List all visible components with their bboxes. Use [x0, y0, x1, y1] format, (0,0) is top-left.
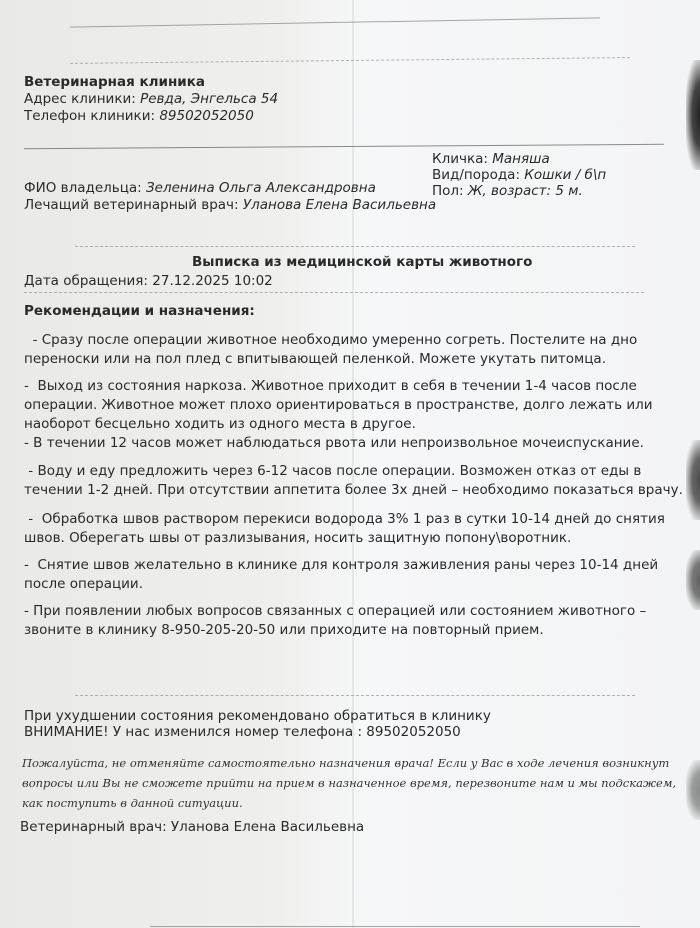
clinic-phone: Телефон клиники: 89502052050: [24, 108, 254, 125]
pet-sex-age: Пол: Ж, возраст: 5 м.: [432, 183, 583, 200]
footer-divider: [75, 695, 635, 696]
top-rule-2: [70, 57, 630, 64]
recommendation-item: - Обработка швов раствором перекиси водо…: [24, 510, 696, 548]
top-rule: [70, 17, 600, 27]
visit-date: Дата обращения: 27.12.2025 10:02: [24, 273, 273, 290]
recommendation-item: - Снятие швов желательно в клинике для к…: [24, 556, 696, 594]
disclaimer: Пожалуйста, не отменяйте самостоятельно …: [22, 753, 700, 813]
date-divider: [24, 292, 644, 293]
owner-name: ФИО владельца: Зеленина Ольга Александро…: [24, 180, 376, 197]
toner-smudge: [686, 60, 700, 170]
pet-nickname: Кличка: Маняша: [432, 151, 550, 168]
document-title: Выписка из медицинской карты животного: [192, 254, 532, 271]
recommendation-item: - Сразу после операции животное необходи…: [24, 331, 696, 369]
info-divider: [75, 246, 635, 247]
bottom-rule: [150, 926, 640, 927]
attending-doctor: Лечащий ветеринарный врач: Уланова Елена…: [24, 197, 436, 214]
doctor-signature: Ветеринарный врач: Уланова Елена Василье…: [20, 819, 364, 836]
section-title: Рекомендации и назначения:: [24, 303, 255, 320]
phone-change-note: ВНИМАНИЕ! У нас изменился номер телефона…: [24, 724, 461, 741]
clinic-address: Адрес клиники: Ревда, Энгельса 54: [24, 91, 278, 108]
recommendation-item: - Воду и еду предложить через 6-12 часов…: [24, 462, 696, 500]
header-divider: [24, 144, 664, 149]
pet-species: Вид/порода: Кошки / б\п: [432, 167, 606, 184]
worsening-note: При ухудшении состояния рекомендовано об…: [24, 708, 491, 725]
recommendation-item: - При появлении любых вопросов связанных…: [24, 602, 696, 640]
recommendation-item: - Выход из состояния наркоза. Животное п…: [24, 377, 696, 434]
clinic-name: Ветеринарная клиника: [24, 74, 205, 91]
recommendation-item: - В течении 12 часов может наблюдаться р…: [24, 434, 696, 453]
